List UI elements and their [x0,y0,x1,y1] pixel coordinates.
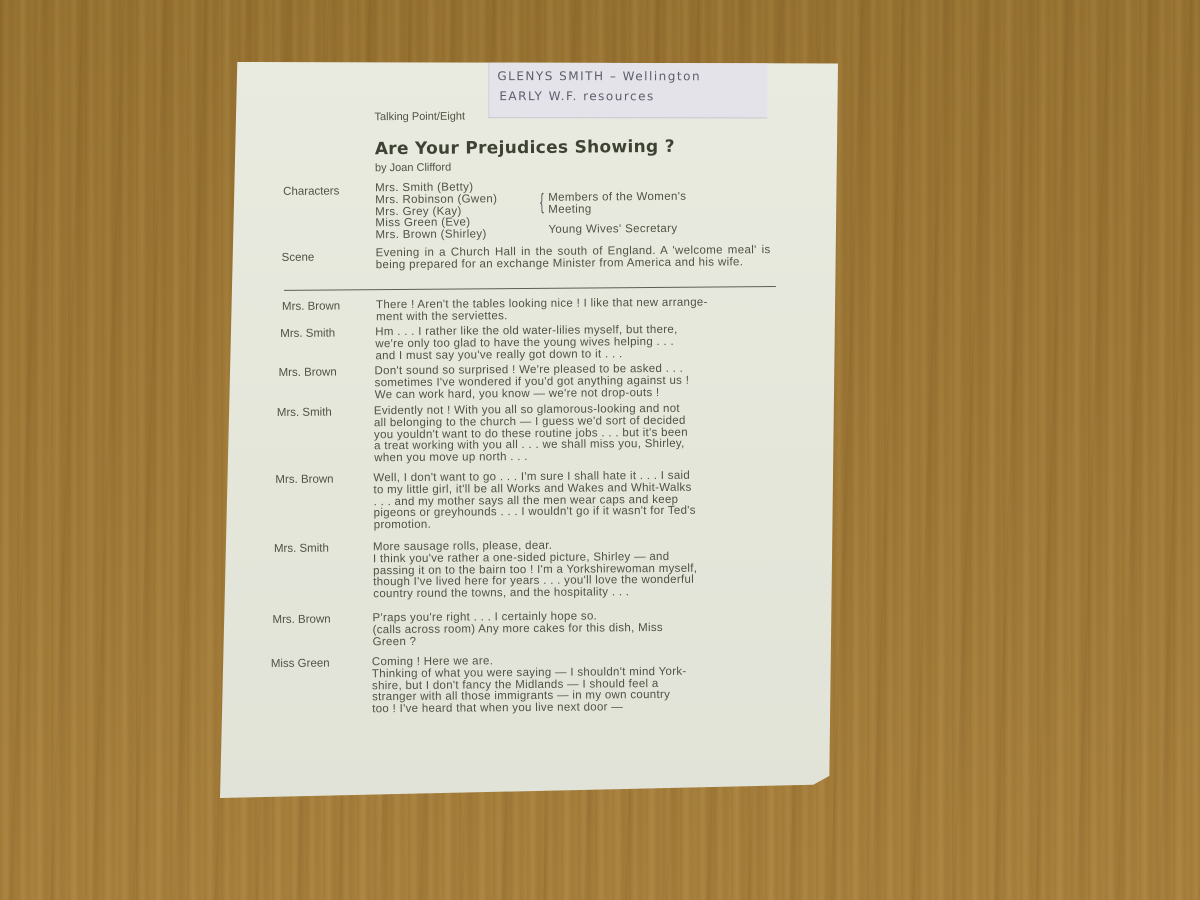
speaker-name: Miss Green [271,658,330,670]
character-item: Mrs. Brown (Shirley) [375,229,497,242]
speech-text: Hm . . . I rather like the old water-lil… [375,324,775,363]
document-title: Are Your Prejudices Showing ? [375,137,675,159]
speech-line: country round the towns, and the hospita… [373,586,773,601]
dialogue-entry: Mrs. BrownThere ! Aren't the tables look… [219,297,837,302]
speech-line: and I must say you've really got down to… [375,348,775,363]
scene-description: Evening in a Church Hall in the south of… [376,245,771,272]
dialogue-entry: Mrs. BrownDon't sound so surprised ! We'… [219,363,837,368]
dialogue-entry: Mrs. SmithEvidently not ! With you all s… [220,403,838,408]
speaker-name: Mrs. Brown [278,367,336,379]
speaker-name: Mrs. Smith [277,407,332,419]
paper-sheet: GLENYS SMITH – Wellington EARLY W.F. res… [220,62,838,798]
speaker-name: Mrs. Brown [275,474,333,486]
author-byline: by Joan Clifford [375,162,451,175]
sticky-note-line-2: EARLY W.F. resources [499,89,654,103]
speaker-name: Mrs. Smith [280,328,335,340]
speech-text: P'raps you're right . . . I certainly ho… [372,610,772,649]
dialogue-entry: Mrs. BrownP'raps you're right . . . I ce… [221,610,839,615]
brace-icon: { [540,192,544,212]
speaker-name: Mrs. Brown [272,614,330,626]
speech-text: More sausage rolls, please, dear.I think… [373,539,773,601]
characters-label: Characters [283,185,339,197]
dialogue-entry: Miss GreenComing ! Here we are.Thinking … [222,654,840,659]
speech-text: Don't sound so surprised ! We're pleased… [374,363,774,402]
speech-line: too ! I've heard that when you live next… [372,701,772,716]
divider-rule [284,286,776,291]
speech-line: when you move up north . . . [374,450,774,465]
series-label: Talking Point/Eight [374,110,465,123]
dialogue-entry: Mrs. SmithHm . . . I rather like the old… [219,324,837,329]
speech-text: Evidently not ! With you all so glamorou… [374,403,774,465]
speech-line: ment with the serviettes. [376,309,776,324]
dialogue-entry: Mrs. BrownWell, I don't want to go . . .… [220,470,838,475]
speaker-name: Mrs. Brown [282,300,340,312]
speech-text: Coming ! Here we are.Thinking of what yo… [372,654,772,716]
scene-label: Scene [282,252,315,264]
group-note-line: Meeting [548,204,686,217]
group-note: Members of the Women's Meeting [548,192,686,217]
sticky-note-line-1: GLENYS SMITH – Wellington [497,69,701,83]
speech-text: There ! Aren't the tables looking nice !… [376,297,776,324]
sheet-content: GLENYS SMITH – Wellington EARLY W.F. res… [217,60,841,801]
secretary-note: Young Wives' Secretary [548,224,677,237]
speaker-name: Mrs. Smith [274,543,329,555]
dialogue-entry: Mrs. SmithMore sausage rolls, please, de… [221,539,839,544]
speech-line: We can work hard, you know — we're not d… [375,387,775,402]
speech-text: Well, I don't want to go . . . I'm sure … [373,470,773,532]
sticky-note: GLENYS SMITH – Wellington EARLY W.F. res… [488,61,767,118]
character-list: Mrs. Smith (Betty) Mrs. Robinson (Gwen) … [375,182,498,242]
